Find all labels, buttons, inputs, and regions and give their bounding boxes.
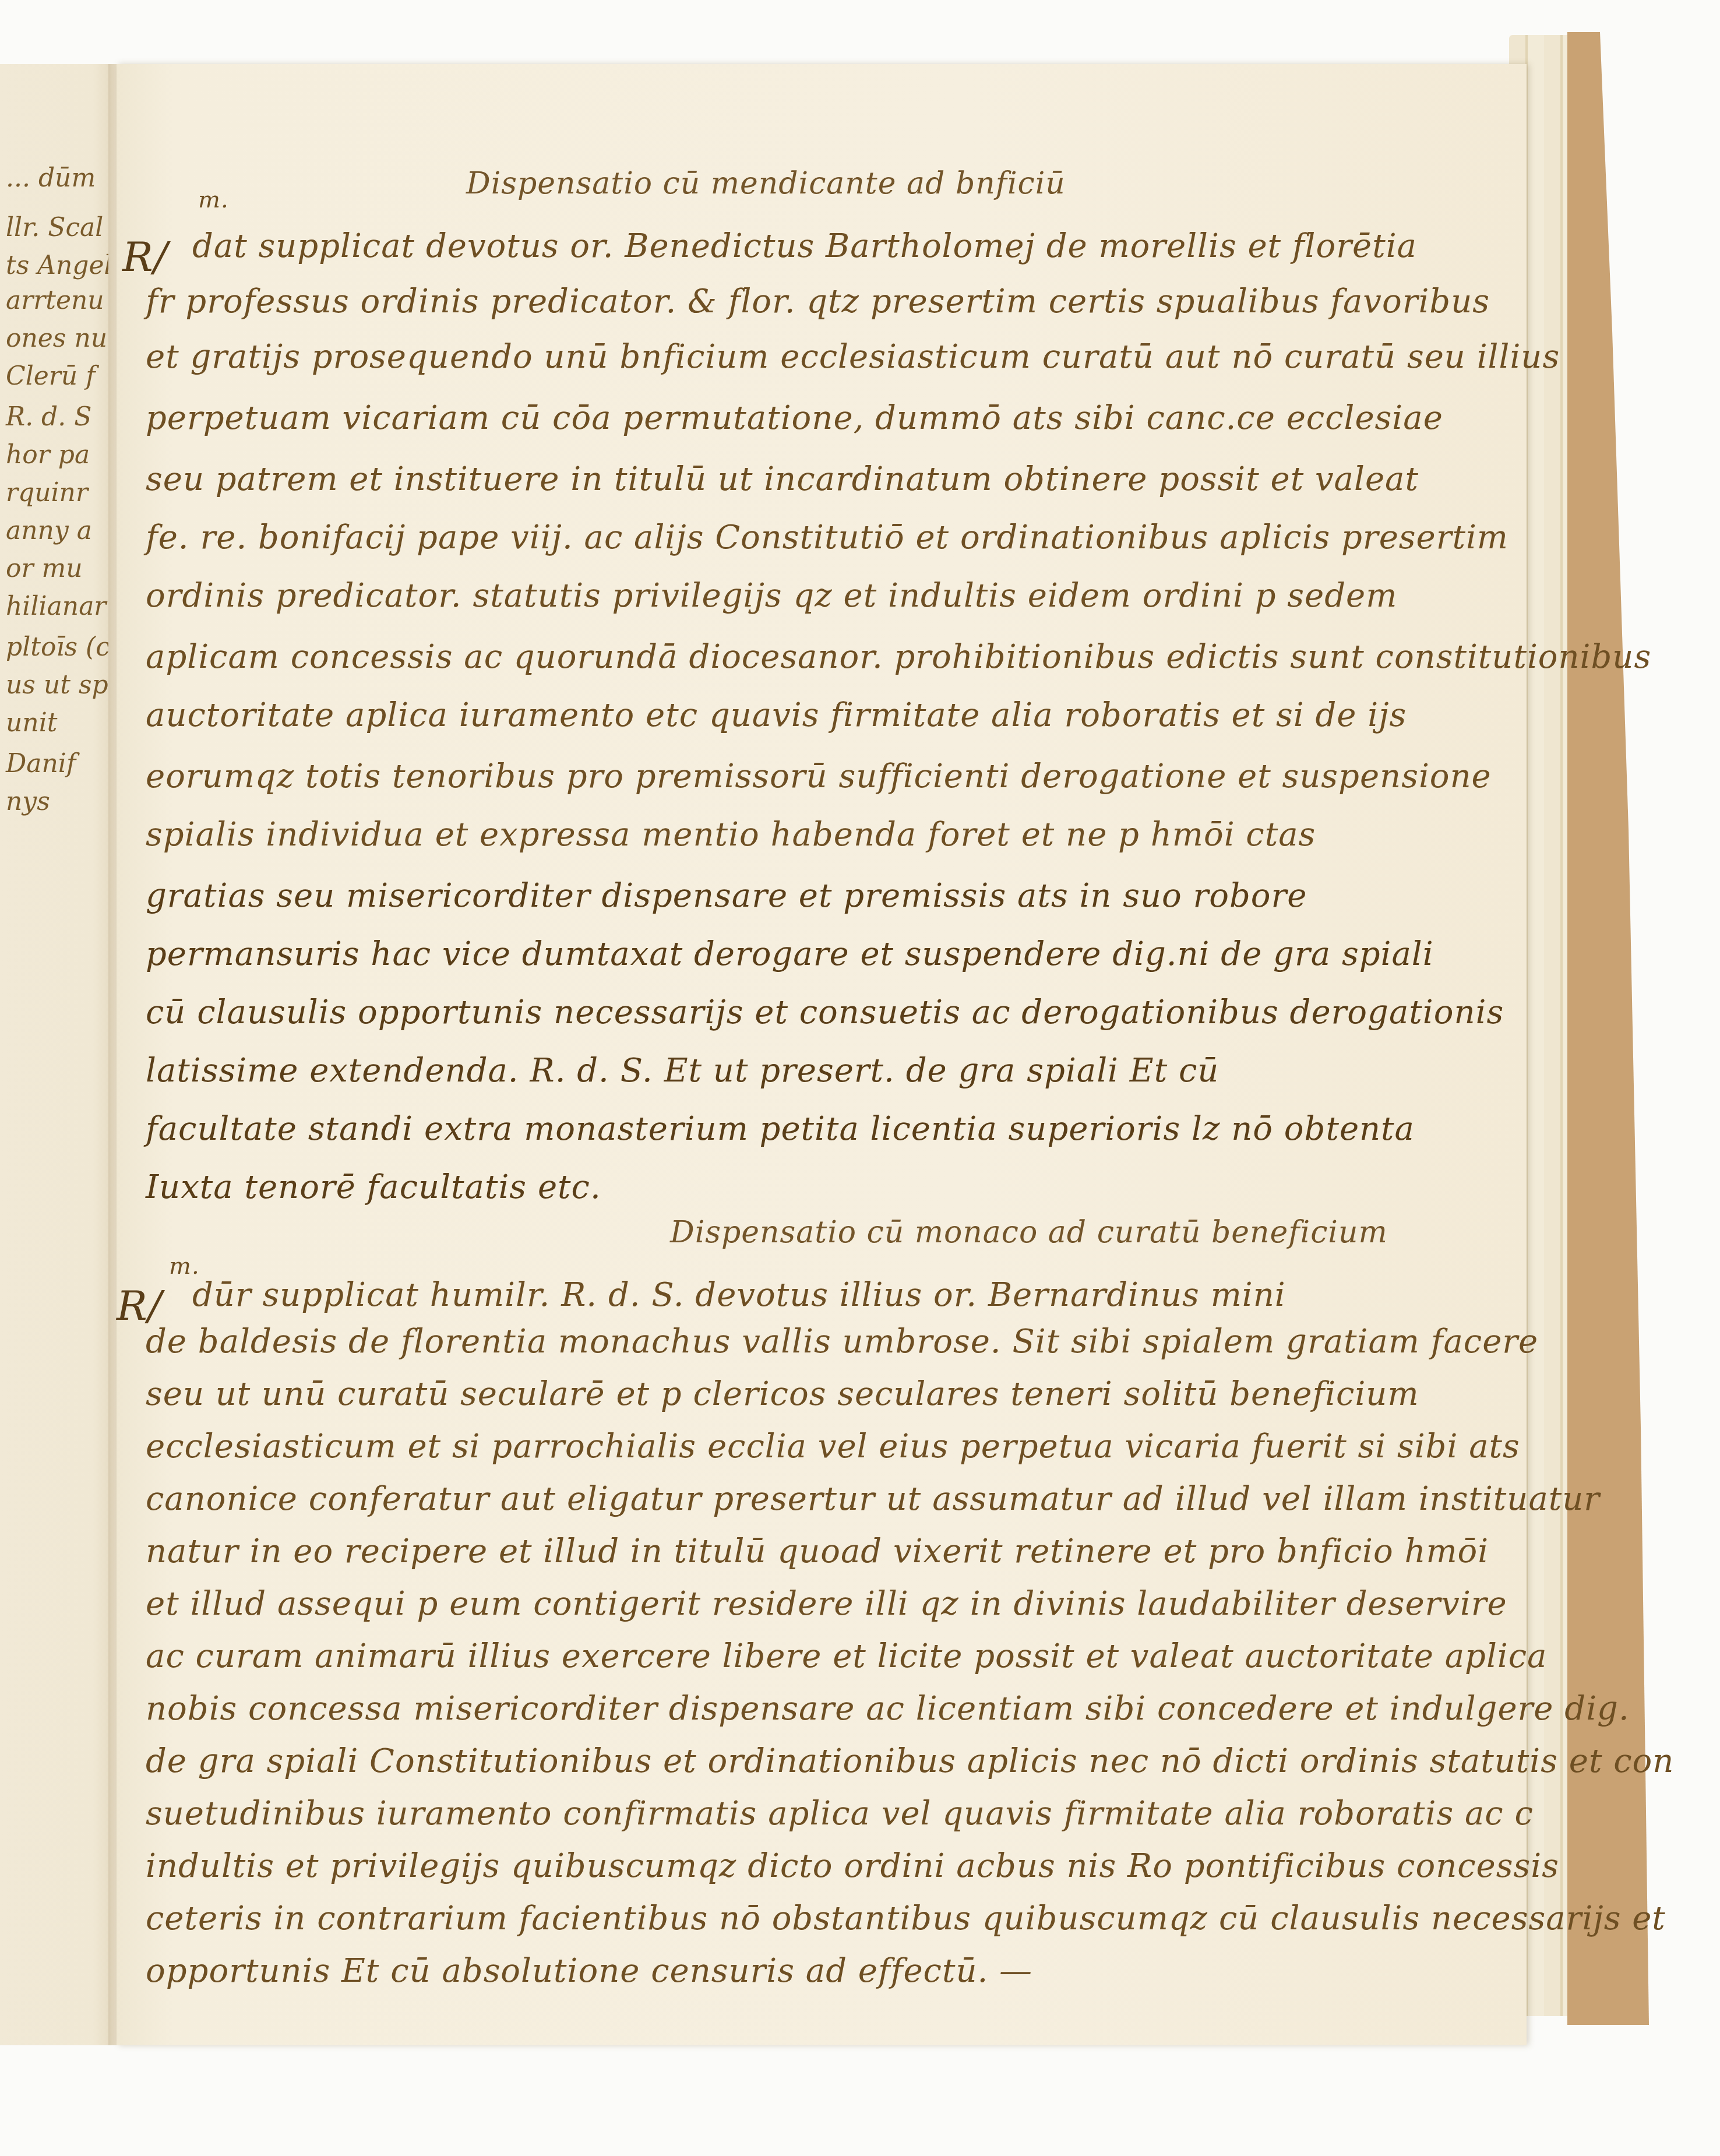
text-line: nobis concessa misericorditer dispensare…	[146, 1690, 1630, 1728]
text-line: opportunis Et cū absolutione censuris ad…	[146, 1952, 1032, 1990]
text-line: perpetuam vicariam cū cōa permutatione, …	[146, 399, 1443, 437]
text-line: canonice conferatur aut eligatur presert…	[146, 1480, 1600, 1518]
text-line: natur in eo recipere et illud in titulū …	[146, 1533, 1489, 1570]
left-page: ... dūm llr. Scal ts Angel arrtenu ones …	[0, 64, 117, 2045]
left-fragment: ... dūm	[6, 163, 96, 193]
section-heading: Dispensatio cū mendicante ad bnficiū	[466, 166, 1066, 201]
text-line: et gratijs prosequendo unū bnficium eccl…	[146, 338, 1560, 376]
text-line: permansuris hac vice dumtaxat derogare e…	[146, 935, 1434, 973]
text-line: cū clausulis opportunis necessarijs et c…	[146, 994, 1504, 1031]
text-line: ordinis predicator. statutis privilegijs…	[146, 577, 1397, 615]
section-heading: Dispensatio cū monaco ad curatū benefici…	[670, 1215, 1388, 1250]
text-line: dūr supplicat humilr. R. d. S. devotus i…	[192, 1276, 1286, 1314]
text-line: latissime extendenda. R. d. S. Et ut pre…	[146, 1052, 1219, 1090]
left-fragment: arrtenu	[6, 286, 104, 315]
text-line: suetudinibus iuramento confirmatis aplic…	[146, 1795, 1534, 1833]
text-line: ac curam animarū illius exercere libere …	[146, 1637, 1547, 1675]
text-line: Iuxta tenorē facultatis etc.	[146, 1168, 601, 1206]
left-fragment: Danif	[6, 749, 76, 778]
text-line: auctoritate aplica iuramento etc quavis …	[146, 696, 1407, 734]
left-fragment: llr. Scal	[6, 213, 103, 242]
left-fragment: ones nu	[6, 323, 107, 353]
left-fragment: nys	[6, 787, 50, 816]
text-line: seu ut unū curatū secularē et p clericos…	[146, 1375, 1419, 1413]
text-line: et illud assequi p eum contigerit reside…	[146, 1585, 1507, 1623]
left-fragment: or mu	[6, 554, 83, 583]
marginal-mark: m.	[198, 186, 229, 213]
rubric-mark: R/	[122, 233, 168, 281]
left-fragment: R. d. S	[6, 402, 91, 432]
text-line: aplicam concessis ac quorundā diocesanor…	[146, 638, 1651, 676]
left-fragment: Clerū f	[6, 361, 95, 391]
text-line: ceteris in contrarium facientibus nō obs…	[146, 1900, 1666, 1937]
left-fragment: us ut sp	[6, 670, 108, 700]
text-line: ecclesiasticum et si parrochialis ecclia…	[146, 1428, 1520, 1465]
text-line: eorumqz totis tenoribus pro premissorū s…	[146, 758, 1492, 795]
text-line: de gra spiali Constitutionibus et ordina…	[146, 1742, 1674, 1780]
text-line: gratias seu misericorditer dispensare et…	[146, 877, 1307, 915]
left-fragment: unit	[6, 708, 57, 738]
right-page: Dispensatio cū mendicante ad bnficiū m. …	[117, 64, 1527, 2045]
text-line: seu patrem et instituere in titulū ut in…	[146, 460, 1419, 498]
text-line: de baldesis de florentia monachus vallis…	[146, 1323, 1538, 1361]
left-fragment: anny a	[6, 516, 92, 545]
text-line: fe. re. bonifacij pape viij. ac alijs Co…	[146, 519, 1508, 556]
text-line: facultate standi extra monasterium petit…	[146, 1110, 1415, 1148]
text-line: fr professus ordinis predicator. & flor.…	[146, 283, 1490, 320]
left-fragment: rquinr	[6, 478, 88, 508]
left-fragment: hor pa	[6, 440, 90, 470]
left-fragment: ts Angel	[6, 251, 112, 280]
text-line: indultis et privilegijs quibuscumqz dict…	[146, 1847, 1559, 1885]
left-fragment: hilianar	[6, 591, 106, 621]
left-fragment: pltoīs (c	[6, 632, 110, 662]
text-line: dat supplicat devotus or. Benedictus Bar…	[192, 227, 1417, 265]
text-line: spialis individua et expressa mentio hab…	[146, 816, 1316, 854]
